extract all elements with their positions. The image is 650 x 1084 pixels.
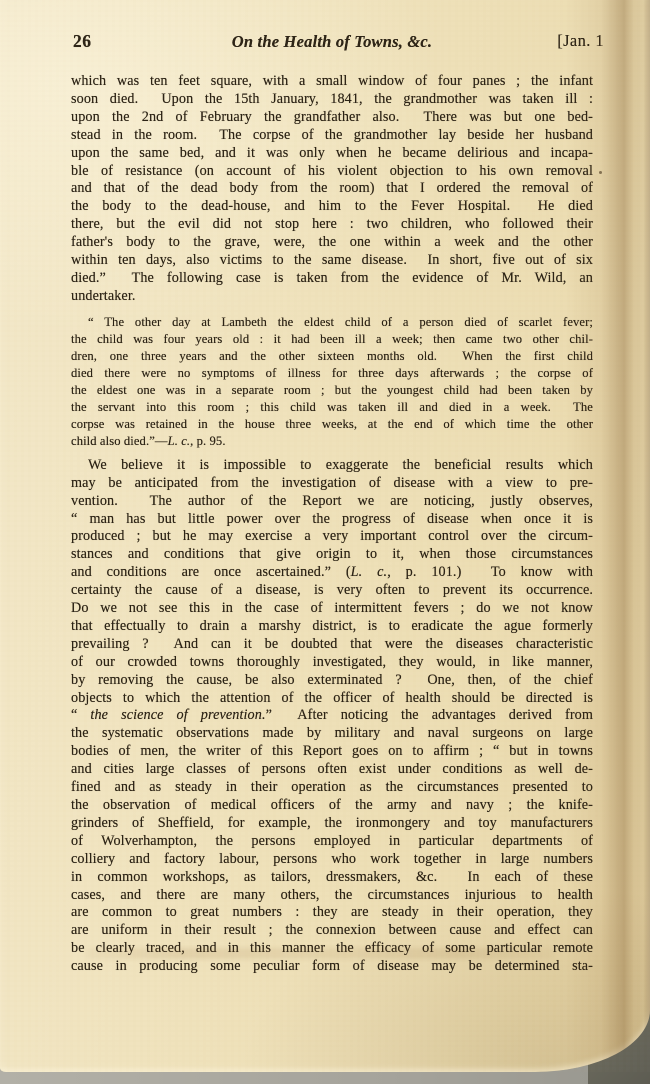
text-line: bodies of men, the writer of this Report… (71, 743, 593, 761)
text-line: died there were no symptoms of illness f… (71, 365, 593, 382)
text-line: that effectually to drain a marshy distr… (71, 618, 593, 636)
text-line: ble of resistance (on account of his vio… (71, 163, 593, 181)
text-line: the eldest one was in a separate room ; … (71, 382, 593, 399)
text-line: the observation of medical officers of t… (71, 797, 593, 815)
text-line: grinders of Sheffield, for example, the … (71, 815, 593, 833)
text-line: upon the 2nd of February the grandfather… (71, 109, 593, 127)
page-header: 26 On the Health of Towns, &c. [Jan. 1 (71, 31, 593, 52)
text-line: the child was four years old : it had be… (71, 331, 593, 348)
page-content-area: 26 On the Health of Towns, &c. [Jan. 1 w… (71, 31, 593, 976)
text-line: in common workshops, as tailors, dressma… (71, 869, 593, 887)
text-line: are common to great numbers : they are s… (71, 904, 593, 922)
text-line: the servant into this room ; this child … (71, 399, 593, 416)
text-line: fined and as steady in their operation a… (71, 779, 593, 797)
text-line: “ The other day at Lambeth the eldest ch… (71, 314, 593, 331)
text-line: “ man has but little power over the prog… (71, 511, 593, 529)
text-line: undertaker. (71, 288, 593, 306)
text-line: there, but the evil did not stop here : … (71, 216, 593, 234)
text-line: which was ten feet square, with a small … (71, 73, 593, 91)
text-line: of Wolverhampton, the persons employed i… (71, 833, 593, 851)
text-line: died.” The following case is taken from … (71, 270, 593, 288)
text-line: dren, one three years and the other sixt… (71, 348, 593, 365)
text-line: prevailing ? And can it be doubted that … (71, 636, 593, 654)
text-line: We believe it is impossible to exaggerat… (71, 457, 593, 475)
text-line: cause in producing some peculiar form of… (71, 958, 593, 976)
text-line: within ten days, also victims to the sam… (71, 252, 593, 270)
text-line: stances and conditions that give origin … (71, 546, 593, 564)
text-line: by removing the cause, be also extermina… (71, 672, 593, 690)
text-line: soon died. Upon the 15th January, 1841, … (71, 91, 593, 109)
text-line: colliery and factory labour, persons who… (71, 851, 593, 869)
text-line: the body to the dead-house, and him to t… (71, 198, 593, 216)
text-line: stead in the room. The corpse of the gra… (71, 127, 593, 145)
text-line: produced ; but he may exercise a very im… (71, 528, 593, 546)
running-title: On the Health of Towns, &c. (71, 32, 593, 52)
text-line: and cities large classes of persons ofte… (71, 761, 593, 779)
page: 26 On the Health of Towns, &c. [Jan. 1 w… (0, 0, 650, 1072)
text-line: vention. The author of the Report we are… (71, 493, 593, 511)
issue-date: [Jan. 1 (557, 31, 604, 51)
text-line: corpse was retained in the house three w… (71, 416, 593, 433)
text-line: child also died.”—L. c., p. 95. (71, 433, 593, 450)
text-line: cases, and there are many others, the ci… (71, 887, 593, 905)
text-line: certainty the cause of a disease, is ver… (71, 582, 593, 600)
text-line: upon the same bed, and it was only when … (71, 145, 593, 163)
ink-speck (599, 171, 602, 174)
text-line: the systematic observations made by mili… (71, 725, 593, 743)
text-line: be clearly traced, and in this manner th… (71, 940, 593, 958)
text-line: are uniform in their result ; the connex… (71, 922, 593, 940)
page-paragraphs: which was ten feet square, with a small … (71, 73, 593, 976)
text-line: “ the science of prevention.” After noti… (71, 707, 593, 725)
text-line: and that of the dead body from the room)… (71, 180, 593, 198)
text-line: Do we not see this in the case of interm… (71, 600, 593, 618)
text-line: objects to which the attention of the of… (71, 690, 593, 708)
paragraph: which was ten feet square, with a small … (71, 73, 593, 306)
text-line: father's body to the grave, were, the on… (71, 234, 593, 252)
text-line: may be anticipated from the investigatio… (71, 475, 593, 493)
text-line: of our crowded towns thoroughly investig… (71, 654, 593, 672)
text-line: and conditions are once ascertained.” (L… (71, 564, 593, 582)
book-page-scan: 26 On the Health of Towns, &c. [Jan. 1 w… (0, 0, 650, 1084)
paragraph: “ The other day at Lambeth the eldest ch… (71, 314, 593, 450)
paragraph: We believe it is impossible to exaggerat… (71, 457, 593, 976)
